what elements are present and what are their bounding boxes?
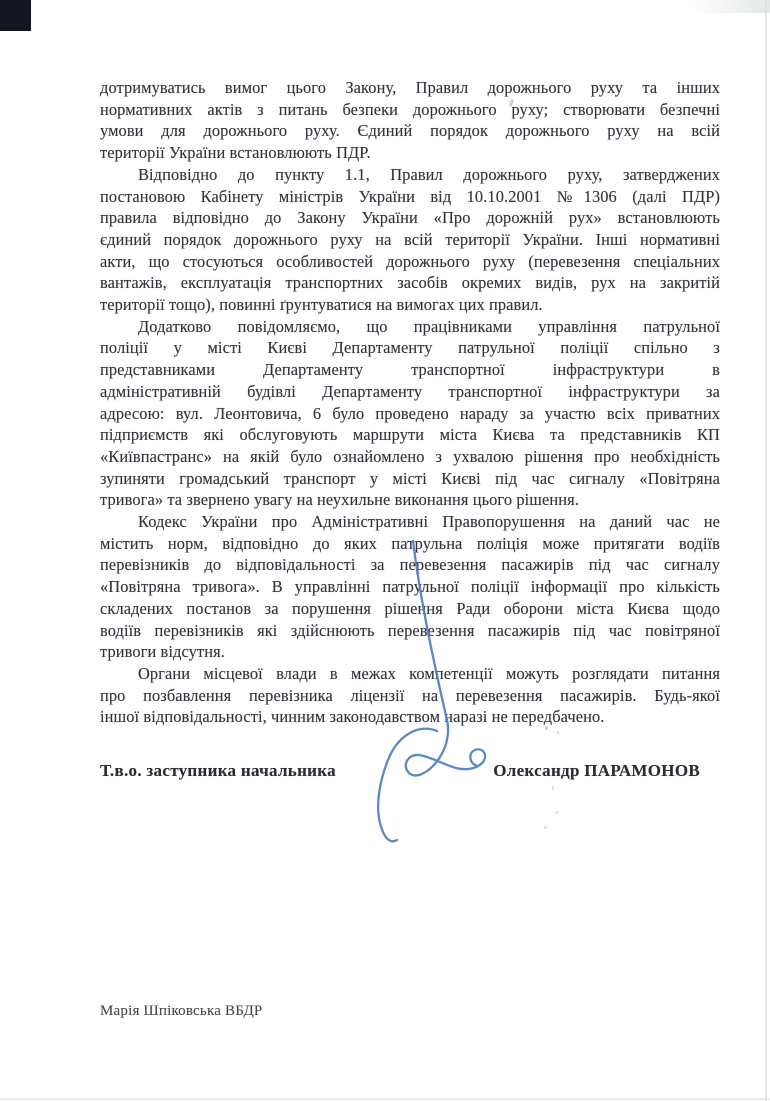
text-line: Кодекс України про Адміністративні Право… xyxy=(100,511,720,533)
scan-speck xyxy=(556,811,558,814)
text-line: поліції у місті Києві Департаменту патру… xyxy=(100,337,720,359)
text-line: постановою Кабінету міністрів України ві… xyxy=(100,186,720,208)
text-line: території тощо), повинні ґрунтуватися на… xyxy=(100,294,720,316)
text-line: Органи місцевої влади в межах компетенці… xyxy=(100,663,720,685)
text-line: підприємств які обслуговують маршрути мі… xyxy=(100,424,720,446)
text-line: зупиняти громадський транспорт у місті К… xyxy=(100,468,720,490)
scan-edge-line-right xyxy=(765,0,767,1101)
footer-author-note: Марія Шпіковська ВБДР xyxy=(100,1003,262,1020)
signature-ink-stroke-loop xyxy=(378,729,437,842)
scan-corner-mark xyxy=(0,0,31,31)
text-line: вантажів, експлуатація транспортних засо… xyxy=(100,272,720,294)
text-line: представниками Департаменту транспортної… xyxy=(100,359,720,381)
scan-speck xyxy=(557,731,559,734)
paragraph: Додатково повідомляємо, що працівниками … xyxy=(100,316,720,511)
text-line: перевізників до відповідальності за пере… xyxy=(100,554,720,576)
text-line: водіїв перевізників які здійснюють перев… xyxy=(100,620,720,642)
text-line: правила відповідно до Закону України «Пр… xyxy=(100,207,720,229)
signer-position-title: Т.в.о. заступника начальника xyxy=(100,761,336,781)
text-line: «Київпастранс» на якій було ознайомлено … xyxy=(100,446,720,468)
text-line: складених постанов за порушення рішення … xyxy=(100,598,720,620)
text-line: «Повітряна тривога». В управлінні патрул… xyxy=(100,576,720,598)
document-body: дотримуватись вимог цього Закону, Правил… xyxy=(100,77,720,728)
text-line: нормативних актів з питань безпеки дорож… xyxy=(100,99,720,121)
paragraph: дотримуватись вимог цього Закону, Правил… xyxy=(100,77,720,164)
text-line: єдиний порядок дорожнього руху на всій т… xyxy=(100,229,720,251)
signature-block: Т.в.о. заступника начальника Олександр П… xyxy=(100,761,700,781)
scanned-letter-page: дотримуватись вимог цього Закону, Правил… xyxy=(0,0,770,1101)
text-line: містить норм, відповідно до яких патруль… xyxy=(100,533,720,555)
text-line: Відповідно до пункту 1.1, Правил дорожнь… xyxy=(100,164,720,186)
paragraph: Відповідно до пункту 1.1, Правил дорожнь… xyxy=(100,164,720,316)
scan-speck xyxy=(552,786,554,790)
scan-smudge xyxy=(690,0,770,13)
scan-speck xyxy=(544,826,547,829)
text-line: території України встановлюють ПДР. xyxy=(100,142,720,164)
text-line: тривоги відсутня. xyxy=(100,641,720,663)
text-line: тривога» та звернено увагу на неухильне … xyxy=(100,489,720,511)
text-line: дотримуватись вимог цього Закону, Правил… xyxy=(100,77,720,99)
text-line: про позбавлення перевізника ліцензії на … xyxy=(100,685,720,707)
text-line: Додатково повідомляємо, що працівниками … xyxy=(100,316,720,338)
text-line: акти, що стосуються особливостей дорожнь… xyxy=(100,251,720,273)
text-line: адресою: вул. Леонтовича, 6 було проведе… xyxy=(100,403,720,425)
text-line: іншої відповідальності, чинним законодав… xyxy=(100,706,720,728)
scan-edge-line-bottom xyxy=(0,1098,770,1100)
paragraph: Кодекс України про Адміністративні Право… xyxy=(100,511,720,663)
paragraph: Органи місцевої влади в межах компетенці… xyxy=(100,663,720,728)
text-line: умови для дорожнього руху. Єдиний порядо… xyxy=(100,120,720,142)
signer-name: Олександр ПАРАМОНОВ xyxy=(493,761,700,781)
text-line: адміністративній будівлі Департаменту тр… xyxy=(100,381,720,403)
